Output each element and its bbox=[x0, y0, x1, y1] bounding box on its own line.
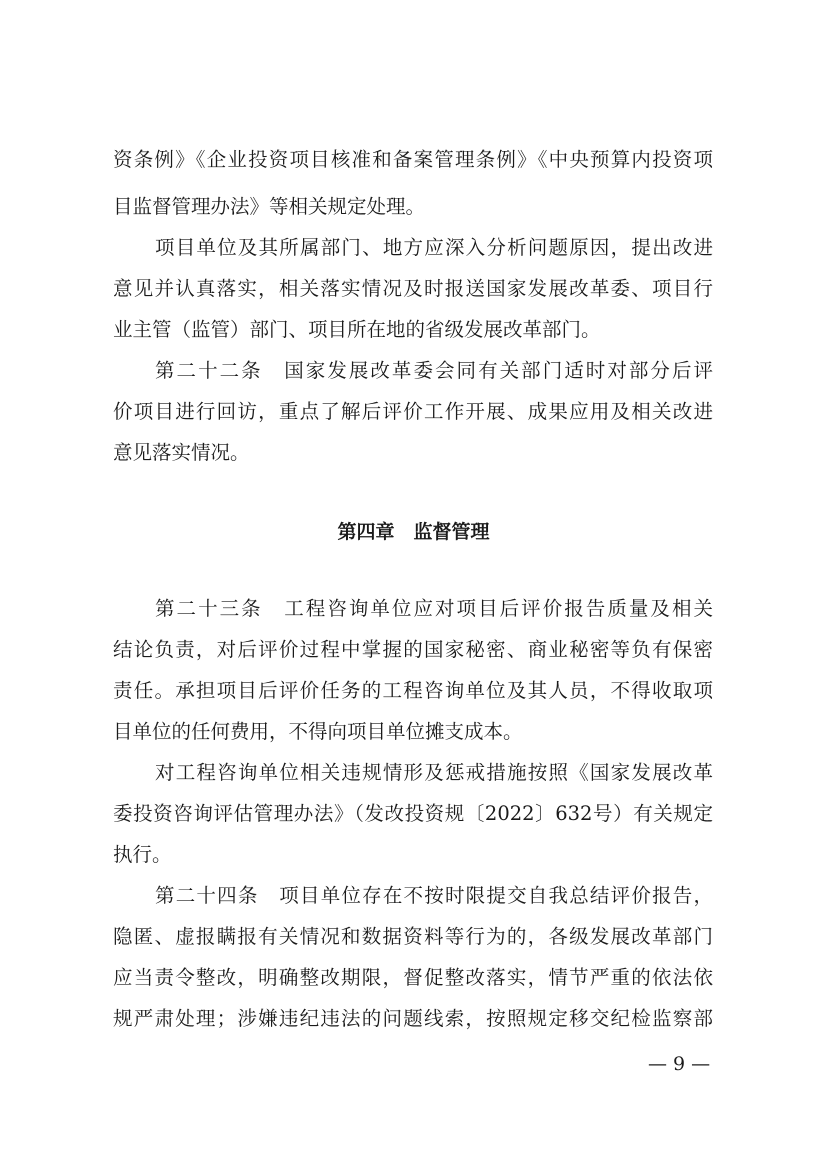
text-line: 结论负责，对后评价过程中掌握的国家秘密、商业秘密等负有保密 bbox=[113, 636, 713, 664]
text-line: 业主管（监管）部门、项目所在地的省级发展改革部门。 bbox=[113, 316, 713, 344]
text-line: 第二十四条 项目单位存在不按时限提交自我总结评价报告， bbox=[155, 882, 713, 910]
text-line: 价项目进行回访，重点了解后评价工作开展、成果应用及相关改进 bbox=[113, 398, 713, 426]
text-line: 目单位的任何费用，不得向项目单位摊支成本。 bbox=[113, 718, 713, 746]
text-line: 对工程咨询单位相关违规情形及惩戒措施按照《国家发展改革 bbox=[155, 759, 713, 787]
text-line: 隐匿、虚报瞒报有关情况和数据资料等行为的，各级发展改革部门 bbox=[113, 923, 713, 951]
text-line: 第二十三条 工程咨询单位应对项目后评价报告质量及相关 bbox=[155, 595, 713, 623]
text-line: 第二十二条 国家发展改革委会同有关部门适时对部分后评 bbox=[155, 357, 713, 385]
chapter-heading: 第四章 监督管理 bbox=[0, 518, 827, 546]
text-line: 意见并认真落实，相关落实情况及时报送国家发展改革委、项目行 bbox=[113, 275, 713, 303]
text-line: 执行。 bbox=[113, 841, 713, 869]
text-line: 意见落实情况。 bbox=[113, 439, 713, 467]
text-line: 委投资咨询评估管理办法》（发改投资规〔2022〕632号）有关规定 bbox=[113, 800, 713, 828]
text-line: 目监督管理办法》等相关规定处理。 bbox=[113, 193, 713, 221]
text-line: 应当责令整改，明确整改期限，督促整改落实，情节严重的依法依 bbox=[113, 964, 713, 992]
page-number: — 9 — bbox=[648, 1052, 710, 1076]
text-line: 规严肃处理；涉嫌违纪违法的问题线索，按照规定移交纪检监察部 bbox=[113, 1005, 713, 1033]
text-line: 资条例》《企业投资项目核准和备案管理条例》《中央预算内投资项 bbox=[113, 146, 713, 174]
text-line: 责任。承担项目后评价任务的工程咨询单位及其人员，不得收取项 bbox=[113, 677, 713, 705]
text-line: 项目单位及其所属部门、地方应深入分析问题原因，提出改进 bbox=[155, 234, 713, 262]
